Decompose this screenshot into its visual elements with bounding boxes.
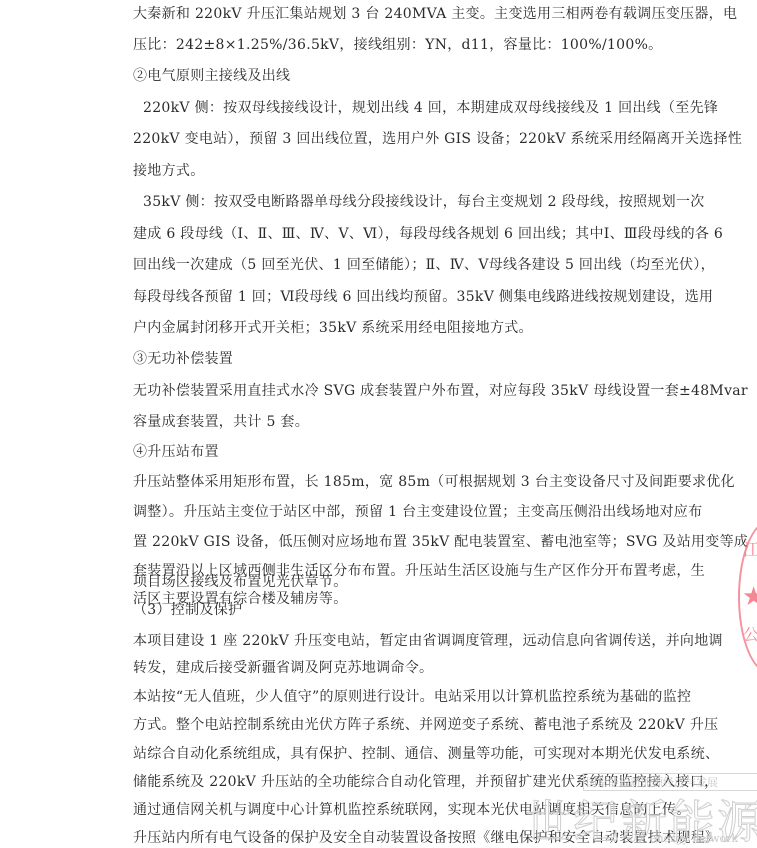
text-line: 户内金属封闭移开式开关柜；35kV 系统采用经电阻接地方式。 (133, 319, 533, 337)
text-line: 置 220kV GIS 设备，低压侧对应场地布置 35kV 配电装置室、蓄电池室… (133, 533, 748, 551)
text-line: ③无功补偿装置 (133, 350, 233, 368)
text-line: 回出线一次建成（5 回至光伏、1 回至储能）；Ⅱ、Ⅳ、Ⅴ母线各建设 5 回出线（… (133, 256, 715, 274)
text-line: 项目场区接线及布置见光伏章节。 (133, 573, 348, 591)
text-line: 容量成套装置，共计 5 套。 (133, 413, 309, 431)
text-line: 220kV 变电站），预留 3 回出线位置，选用户外 GIS 设备；220kV … (133, 130, 742, 148)
seal-character-top: 江 (743, 537, 757, 560)
text-line: ④升压站布置 (133, 443, 219, 461)
text-line: 每段母线各预留 1 回；Ⅵ段母线 6 回出线均预留。35kV 侧集电线路进线按规… (133, 288, 713, 306)
text-line: ②电气原则主接线及出线 (133, 67, 290, 85)
text-line: 压比：242±8×1.25%/36.5kV，接线组别：YN，d11，容量比：10… (133, 36, 662, 54)
text-line: 无功补偿装置采用直挂式水冷 SVG 成套装置户外布置，对应每段 35kV 母线设… (133, 382, 748, 400)
text-line: 220kV 侧：按双母线接线设计，规划出线 4 回，本期建成双母线接线及 1 回… (143, 99, 718, 117)
text-line: 35kV 侧：按双受电断路器单母线分段接线设计，每台主变规划 2 段母线，按照规… (143, 193, 705, 211)
text-line: 方式。整个电站控制系统由光伏方阵子系统、并网逆变子系统、蓄电池子系统及 220k… (133, 716, 718, 734)
document-page: 大秦新和 220kV 升压汇集站规划 3 台 240MVA 主变。主变选用三相两… (0, 0, 757, 848)
text-line: 升压站整体采用矩形布置，长 185m，宽 85m（可根据规划 3 台主变设备尺寸… (133, 473, 735, 491)
text-line: 本项目建设 1 座 220kV 升压变电站，暂定由省调调度管理，远动信息向省调传… (133, 632, 723, 650)
text-line: 站综合自动化系统组成，具有保护、控制、通信、测量等功能，可实现对本期光伏发电系统… (133, 745, 719, 763)
watermark-english-text: energy network (650, 832, 738, 845)
text-line: （3）控制及保护 (133, 601, 242, 619)
text-line: 大秦新和 220kV 升压汇集站规划 3 台 240MVA 主变。主变选用三相两… (133, 5, 737, 23)
text-line: 本站按“无人值班，少人值守”的原则进行设计。电站采用以计算机监控系统为基础的监控 (133, 688, 691, 706)
text-line: 转发，建成后接受新疆省调及阿克苏地调命令。 (133, 659, 433, 677)
text-line: 接地方式。 (133, 162, 205, 180)
seal-star-icon: ★ (742, 582, 757, 612)
seal-character-bottom: 公 (743, 622, 757, 645)
text-line: 调整）。升压站主变位于站区中部，预留 1 台主变建设位置；主变高压侧沿出线场地对… (133, 503, 702, 521)
text-line: 建成 6 段母线（Ⅰ、Ⅱ、Ⅲ、Ⅳ、Ⅴ、Ⅵ），每段母线各规划 6 回出线；其中Ⅰ、… (133, 225, 723, 243)
